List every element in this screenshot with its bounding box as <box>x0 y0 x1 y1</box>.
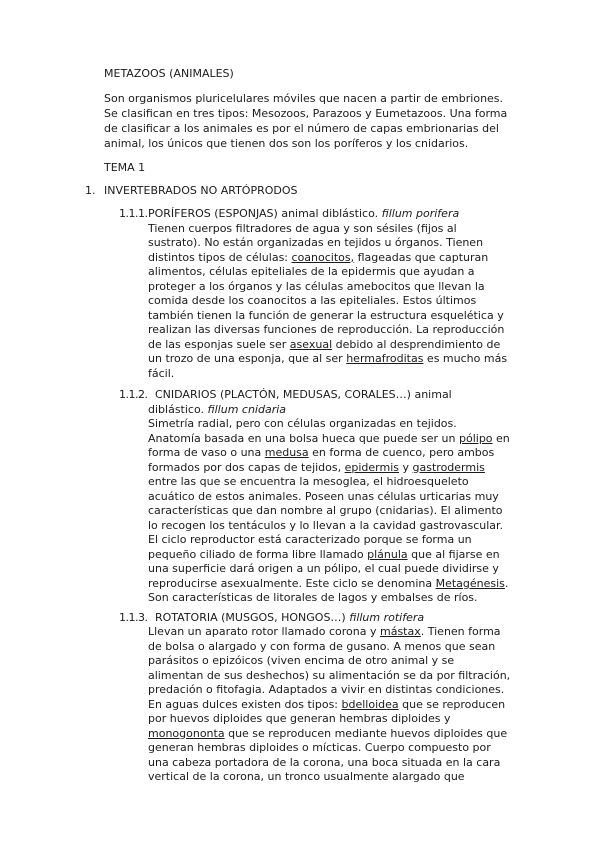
intro-paragraph: Son organismos pluricelulares móviles qu… <box>104 91 544 151</box>
main-list-title: INVERTEBRADOS NO ARTÓPRODOS <box>104 183 298 198</box>
tema-heading: TEMA 1 <box>104 160 569 175</box>
section-heading: CNIDARIOS (PLACTÓN, MEDUSAS, CORALES…) a… <box>148 388 569 417</box>
section-cnidarios: 1.1.2. CNIDARIOS (PLACTÓN, MEDUSAS, CORA… <box>119 388 569 606</box>
section-number: 1.1.2. <box>119 388 148 606</box>
section-heading: PORÍFEROS (ESPONJAS) animal diblástico. … <box>148 207 569 222</box>
section-rotatoria: 1.1.3. ROTATORIA (MUSGOS, HONGOS…) fillu… <box>119 611 569 785</box>
section-number: 1.1.3. <box>119 611 148 785</box>
section-number: 1.1.1. <box>119 207 148 381</box>
section-body: Simetría radial, pero con células organi… <box>148 417 569 606</box>
document-title: METAZOOS (ANIMALES) <box>104 66 569 81</box>
main-list-number: 1. <box>85 183 104 198</box>
section-body: Llevan un aparato rotor llamado corona y… <box>148 625 569 785</box>
section-body: Tienen cuerpos filtradores de agua y son… <box>148 222 569 382</box>
document-page: METAZOOS (ANIMALES) Son organismos pluri… <box>0 0 599 848</box>
main-list-item: 1. INVERTEBRADOS NO ARTÓPRODOS <box>85 183 569 198</box>
section-poriferos: 1.1.1. PORÍFEROS (ESPONJAS) animal diblá… <box>119 207 569 381</box>
section-heading: ROTATORIA (MUSGOS, HONGOS…) fillum rotif… <box>148 611 569 626</box>
